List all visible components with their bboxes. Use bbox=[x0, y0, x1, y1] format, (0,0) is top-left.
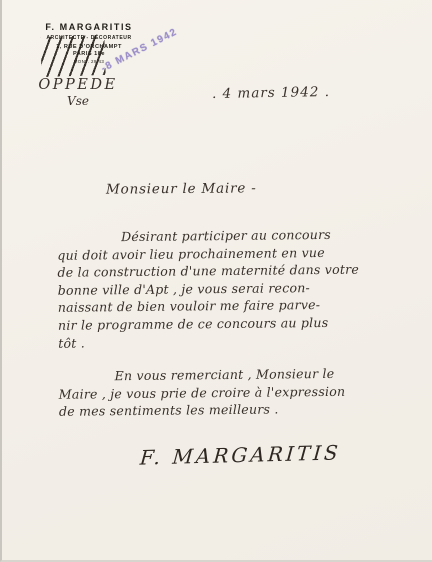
letter-page: F. MARGARITIS ARCHITECTE - DÉCORATEUR 1,… bbox=[0, 0, 432, 562]
sender-location-town: OPPEDE bbox=[36, 77, 120, 93]
salutation: Monsieur le Maire - bbox=[106, 180, 257, 197]
paragraph-2: En vous remerciant , Monsieur le Maire ,… bbox=[58, 364, 399, 420]
handwritten-line: de mes sentiments les meilleurs . bbox=[59, 400, 399, 421]
letterhead-name: F. MARGARITIS bbox=[30, 22, 148, 32]
sender-location-department: Vse bbox=[36, 94, 120, 108]
paragraph-1: Désirant participer au concours qui doit… bbox=[57, 225, 398, 352]
date-line: . 4 mars 1942 . bbox=[212, 84, 330, 102]
letter-body: Désirant participer au concours qui doit… bbox=[57, 225, 399, 420]
signature: F. MARGARITIS bbox=[139, 440, 342, 469]
handwritten-line: de la construction d'une maternité dans … bbox=[57, 260, 397, 281]
handwritten-line: tôt . bbox=[58, 331, 398, 352]
strikethrough-marks bbox=[40, 35, 105, 77]
sender-location: OPPEDE Vse bbox=[36, 77, 120, 108]
